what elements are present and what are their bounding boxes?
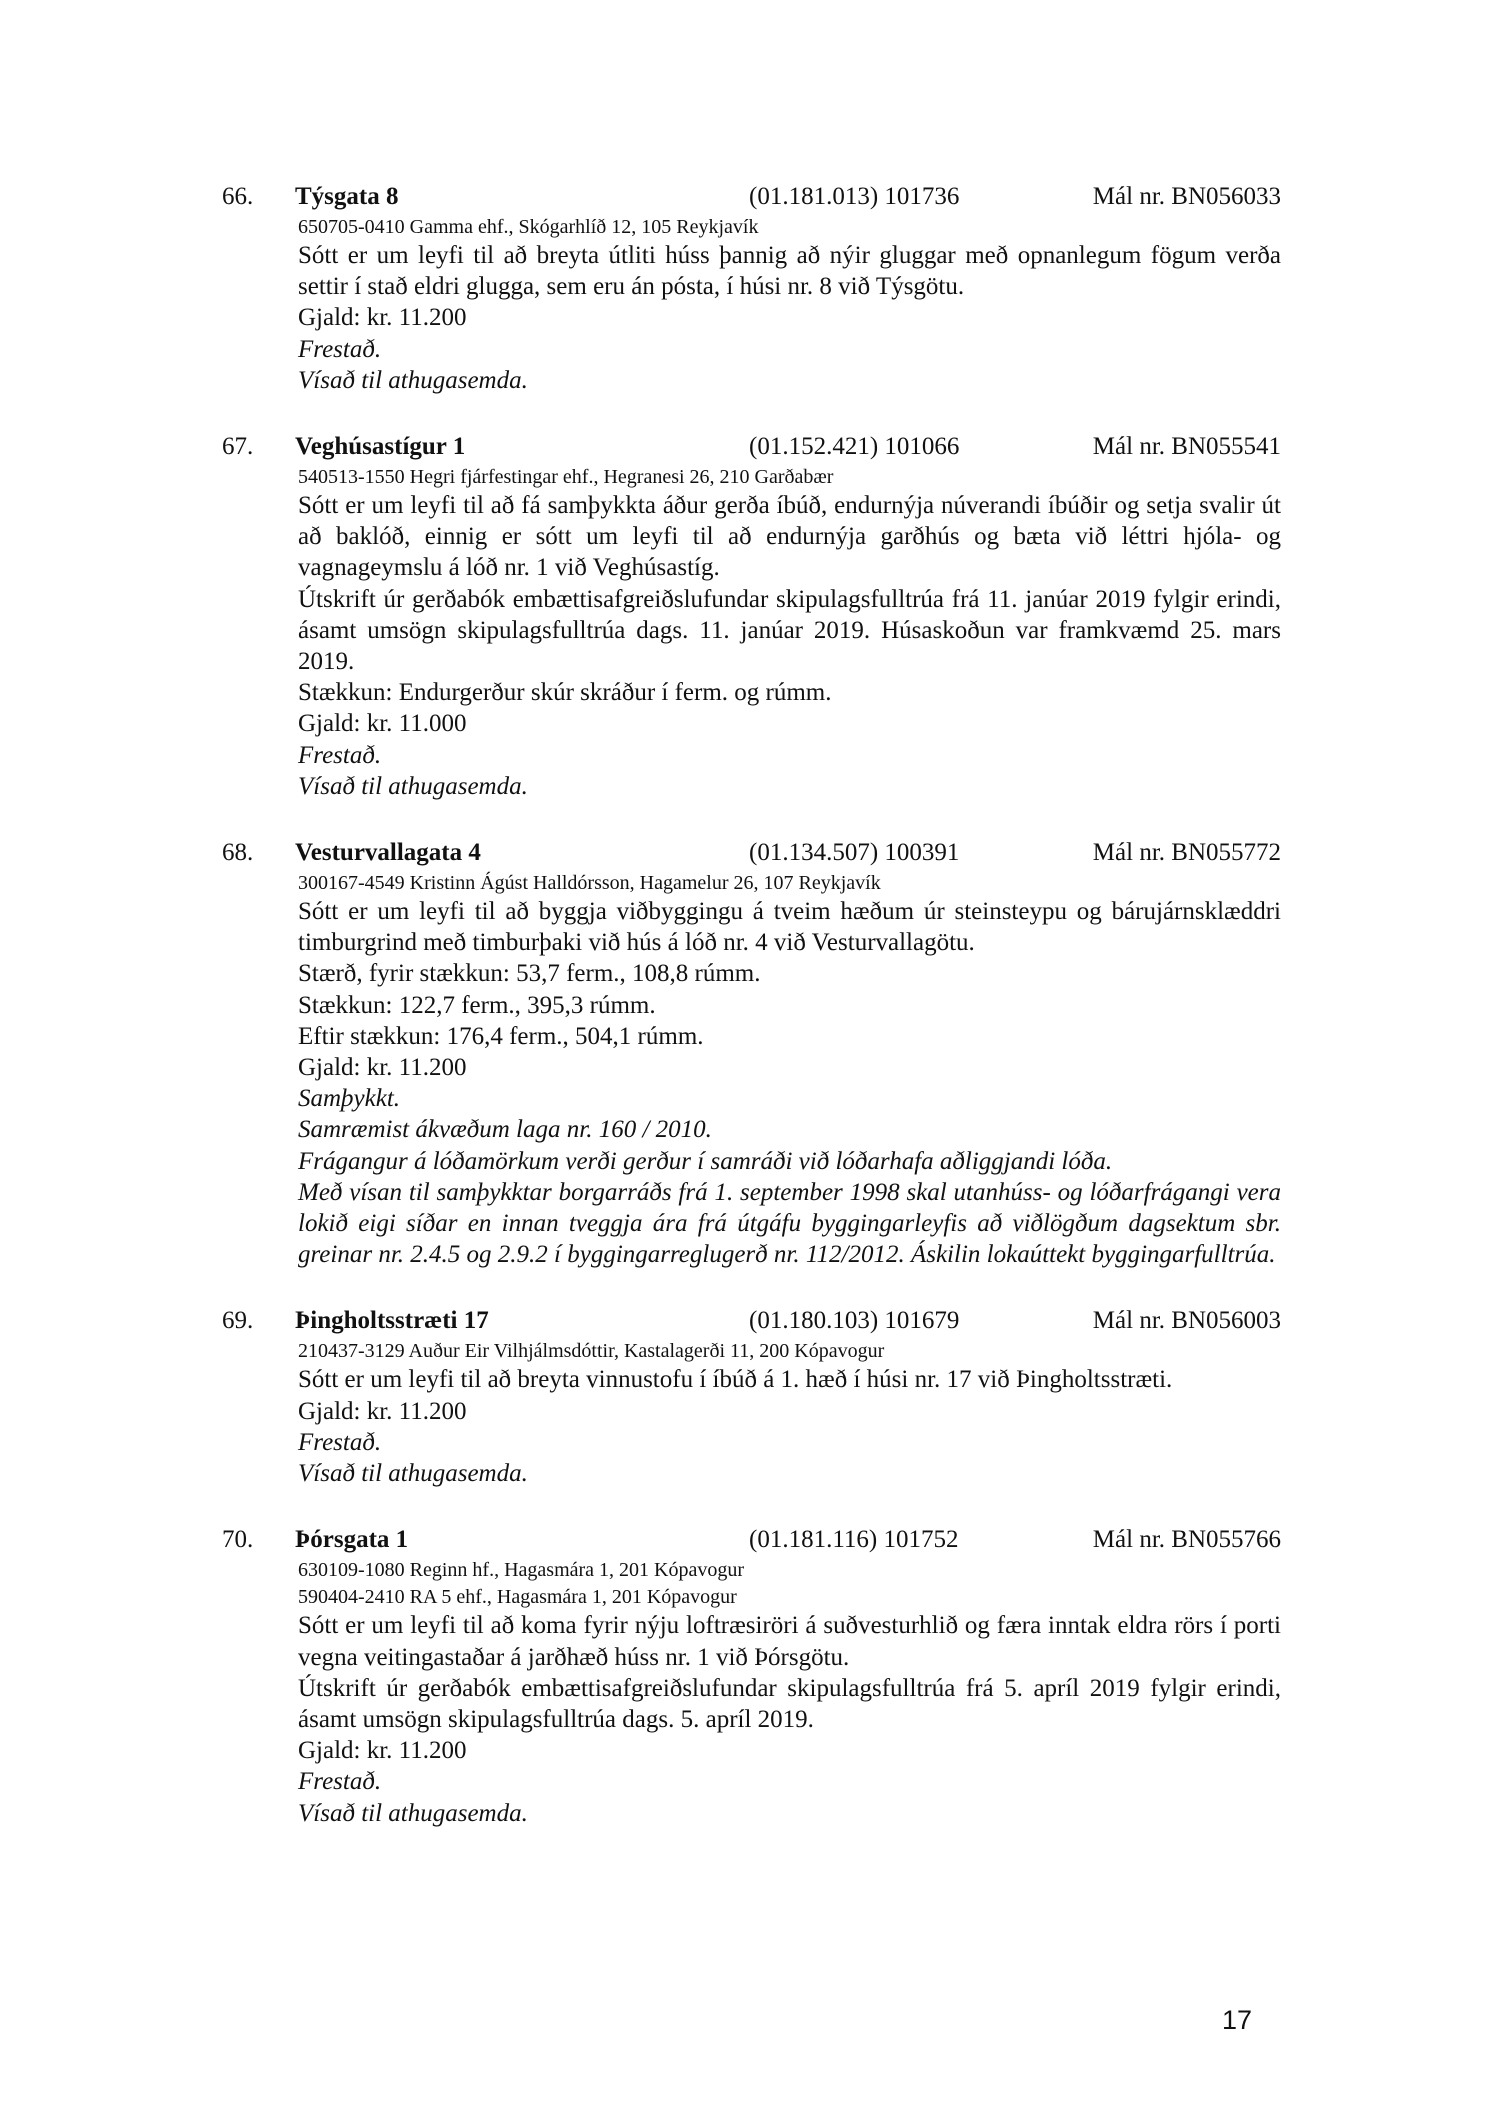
decision-line: Frágangur á lóðamörkum verði gerður í sa…: [298, 1146, 1281, 1177]
description-paragraph: Sótt er um leyfi til að breyta útliti hú…: [298, 240, 1281, 302]
applicant: 540513-1550 Hegri fjárfestingar ehf., He…: [298, 464, 1281, 490]
case-reference: Mál nr. BN056003: [1093, 1305, 1281, 1337]
detail-line: Stærð, fyrir stækkun: 53,7 ferm., 108,8 …: [298, 958, 1281, 989]
decision-paragraph: Með vísan til samþykktar borgarráðs frá …: [298, 1177, 1281, 1271]
case-body: 540513-1550 Hegri fjárfestingar ehf., He…: [298, 464, 1281, 802]
case-body: 630109-1080 Reginn hf., Hagasmára 1, 201…: [298, 1557, 1281, 1828]
case-header: 67. Veghúsastígur 1 (01.152.421) 101066 …: [0, 431, 1500, 463]
detail-line: Stækkun: Endurgerður skúr skráður í ferm…: [298, 677, 1281, 708]
description-paragraph: Sótt er um leyfi til að byggja viðbyggin…: [298, 896, 1281, 958]
case-header: 68. Vesturvallagata 4 (01.134.507) 10039…: [0, 837, 1500, 869]
decision-line: Vísað til athugasemda.: [298, 1798, 1281, 1829]
case-number: 66.: [222, 181, 253, 213]
detail-line: Gjald: kr. 11.200: [298, 1396, 1281, 1427]
case-entry: 66. Týsgata 8 (01.181.013) 101736 Mál nr…: [0, 181, 1500, 396]
case-number: 70.: [222, 1524, 253, 1556]
case-address: Týsgata 8: [295, 181, 398, 213]
case-entry: 70. Þórsgata 1 (01.181.116) 101752 Mál n…: [0, 1524, 1500, 1828]
applicant: 630109-1080 Reginn hf., Hagasmára 1, 201…: [298, 1557, 1281, 1583]
decision-line: Vísað til athugasemda.: [298, 1458, 1281, 1489]
case-address: Þingholtsstræti 17: [295, 1305, 489, 1337]
applicant: 300167-4549 Kristinn Ágúst Halldórsson, …: [298, 870, 1281, 896]
parcel-id: (01.180.103) 101679: [749, 1305, 959, 1337]
decision-line: Samræmist ákvæðum laga nr. 160 / 2010.: [298, 1114, 1281, 1145]
case-reference: Mál nr. BN056033: [1093, 181, 1281, 213]
decision-line: Frestað.: [298, 740, 1281, 771]
detail-line: Eftir stækkun: 176,4 ferm., 504,1 rúmm.: [298, 1021, 1281, 1052]
decision-line: Vísað til athugasemda.: [298, 771, 1281, 802]
case-header: 66. Týsgata 8 (01.181.013) 101736 Mál nr…: [0, 181, 1500, 213]
decision-line: Samþykkt.: [298, 1083, 1281, 1114]
decision-line: Frestað.: [298, 1427, 1281, 1458]
parcel-id: (01.134.507) 100391: [749, 837, 959, 869]
case-number: 68.: [222, 837, 253, 869]
description-paragraph: Sótt er um leyfi til að breyta vinnustof…: [298, 1364, 1281, 1395]
case-entry: 68. Vesturvallagata 4 (01.134.507) 10039…: [0, 837, 1500, 1270]
parcel-id: (01.181.013) 101736: [749, 181, 959, 213]
applicant: 650705-0410 Gamma ehf., Skógarhlíð 12, 1…: [298, 214, 1281, 240]
description-paragraph: Útskrift úr gerðabók embættisafgreiðsluf…: [298, 1673, 1281, 1735]
case-list: 66. Týsgata 8 (01.181.013) 101736 Mál nr…: [0, 181, 1500, 1864]
decision-line: Vísað til athugasemda.: [298, 365, 1281, 396]
description-paragraph: Sótt er um leyfi til að fá samþykkta áðu…: [298, 490, 1281, 584]
case-reference: Mál nr. BN055766: [1093, 1524, 1281, 1556]
case-header: 69. Þingholtsstræti 17 (01.180.103) 1016…: [0, 1305, 1500, 1337]
decision-line: Frestað.: [298, 1766, 1281, 1797]
detail-line: Gjald: kr. 11.200: [298, 1735, 1281, 1766]
case-body: 210437-3129 Auður Eir Vilhjálmsdóttir, K…: [298, 1338, 1281, 1489]
parcel-id: (01.152.421) 101066: [749, 431, 959, 463]
parcel-id: (01.181.116) 101752: [749, 1524, 958, 1556]
detail-line: Stækkun: 122,7 ferm., 395,3 rúmm.: [298, 990, 1281, 1021]
detail-line: Gjald: kr. 11.200: [298, 302, 1281, 333]
case-entry: 69. Þingholtsstræti 17 (01.180.103) 1016…: [0, 1305, 1500, 1489]
case-address: Veghúsastígur 1: [295, 431, 465, 463]
description-paragraph: Útskrift úr gerðabók embættisafgreiðsluf…: [298, 584, 1281, 678]
case-address: Þórsgata 1: [295, 1524, 408, 1556]
applicant: 210437-3129 Auður Eir Vilhjálmsdóttir, K…: [298, 1338, 1281, 1364]
case-reference: Mál nr. BN055541: [1093, 431, 1281, 463]
case-body: 300167-4549 Kristinn Ágúst Halldórsson, …: [298, 870, 1281, 1270]
case-address: Vesturvallagata 4: [295, 837, 481, 869]
case-number: 67.: [222, 431, 253, 463]
case-header: 70. Þórsgata 1 (01.181.116) 101752 Mál n…: [0, 1524, 1500, 1556]
case-number: 69.: [222, 1305, 253, 1337]
decision-line: Frestað.: [298, 334, 1281, 365]
page-number: 17: [1222, 2005, 1252, 2036]
document-page: 66. Týsgata 8 (01.181.013) 101736 Mál nr…: [0, 0, 1500, 2122]
detail-line: Gjald: kr. 11.200: [298, 1052, 1281, 1083]
case-reference: Mál nr. BN055772: [1093, 837, 1281, 869]
case-body: 650705-0410 Gamma ehf., Skógarhlíð 12, 1…: [298, 214, 1281, 396]
description-paragraph: Sótt er um leyfi til að koma fyrir nýju …: [298, 1610, 1281, 1672]
applicant: 590404-2410 RA 5 ehf., Hagasmára 1, 201 …: [298, 1584, 1281, 1610]
detail-line: Gjald: kr. 11.000: [298, 708, 1281, 739]
case-entry: 67. Veghúsastígur 1 (01.152.421) 101066 …: [0, 431, 1500, 802]
